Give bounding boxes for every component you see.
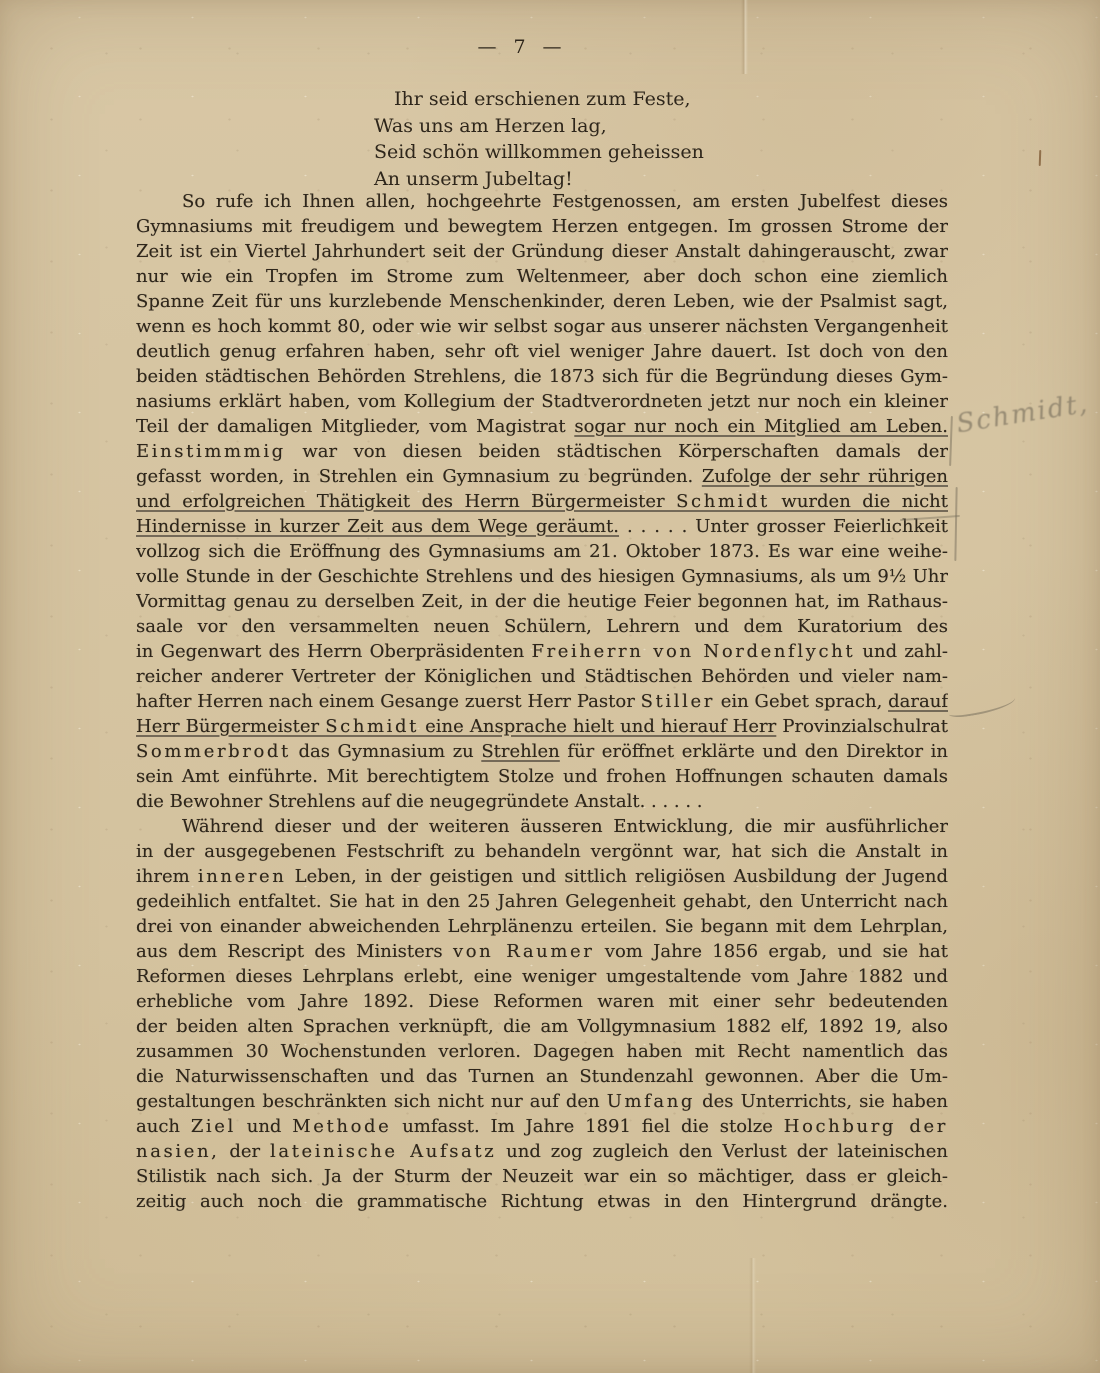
text-segment: Gymnasiums mit freudigem und bewegtem He…: [136, 216, 948, 237]
text-line-p1-16: volle Stunde in der Geschichte Strehlens…: [136, 564, 948, 589]
text-segment: inneren: [198, 866, 287, 887]
text-line-p1-17: Vormittag genau zu derselben Zeit, in de…: [136, 589, 948, 614]
text-segment: und zahl-: [855, 641, 948, 662]
text-segment: Sommerbrodt: [136, 741, 291, 762]
text-segment: von Raumer: [453, 941, 595, 962]
text-segment: Umfang: [607, 1091, 695, 1112]
text-segment: und zog zugleich den Verlust der lateini…: [496, 1141, 948, 1162]
pencil-underline: Schmidt: [676, 491, 770, 512]
text-segment: nur wie ein Tropfen im Strome zum Welten…: [136, 266, 948, 289]
text-segment: der beiden alten Sprachen verknüpft, die…: [136, 1016, 948, 1037]
text-line-p1-9: nasiums erklärt haben, vom Kollegium der…: [136, 389, 948, 414]
text-segment: erhebliche vom Jahre 1892. Diese Reforme…: [136, 991, 948, 1014]
text-line-p2-11: die Naturwissenschaften und das Turnen a…: [136, 1064, 948, 1089]
pencil-underline: eine Ansprache hielt und hierauf Herr: [419, 716, 776, 737]
text-line-p2-7: Reformen dieses Lehrplans erlebt, eine w…: [136, 964, 948, 989]
ink-speck: [1039, 150, 1042, 166]
text-line-p2-8: erhebliche vom Jahre 1892. Diese Reforme…: [136, 989, 948, 1014]
text-segment: das Gymnasium zu: [291, 741, 481, 762]
pencil-underline: darauf: [888, 691, 948, 712]
text-segment: ein Gebet sprach,: [715, 691, 888, 712]
text-line-p1-18: saale vor den versammelten neuen Schüler…: [136, 614, 948, 639]
text-segment: des Unterrichts, sie haben: [695, 1091, 948, 1112]
text-line-p2-12: gestaltungen beschränkten sich nicht nur…: [136, 1089, 948, 1114]
text-line-p2-16: zeitig auch noch die grammatische Richtu…: [136, 1189, 948, 1214]
text-segment: zeitig auch noch die grammatische Richtu…: [136, 1191, 948, 1214]
pencil-underline: und erfolgreichen Thätigkeit des Herrn B…: [136, 491, 676, 512]
text-segment: Teil der damaligen Mitglieder, vom Magis…: [136, 416, 574, 437]
text-segment: der: [220, 1141, 271, 1162]
text-segment: Methode: [292, 1116, 391, 1137]
text-line-p1-21: hafter Herren nach einem Gesange zuerst …: [136, 689, 948, 714]
text-segment: lateinische Aufsatz: [270, 1141, 496, 1162]
text-line-p2-1: Während dieser und der weiteren äusseren…: [136, 814, 948, 839]
text-line-p1-5: Spanne Zeit für uns kurzlebende Menschen…: [136, 289, 948, 314]
text-line-p1-3: Zeit ist ein Viertel Jahrhundert seit de…: [136, 239, 948, 264]
text-segment: Provinzialschulrat: [776, 716, 948, 737]
header-left-dash: —: [477, 36, 497, 58]
text-segment: beiden städtischen Behörden Strehlens, d…: [136, 366, 948, 387]
text-line-p1-12: gefasst worden, in Strehlen ein Gymnasiu…: [136, 464, 948, 489]
pencil-underline: Hindernisse in kurzer Zeit aus dem Wege …: [136, 516, 619, 537]
text-line-p1-6: wenn es hoch kommt 80, oder wie wir selb…: [136, 314, 948, 339]
text-segment: reicher anderer Vertreter der Königliche…: [136, 666, 948, 687]
text-line-p1-8: beiden städtischen Behörden Strehlens, d…: [136, 364, 948, 389]
text-segment: auch: [136, 1116, 191, 1137]
text-segment: gestaltungen beschränkten sich nicht nur…: [136, 1091, 607, 1112]
text-line-p1-20: reicher anderer Vertreter der Königliche…: [136, 664, 948, 689]
text-segment: . . . . . Unter grosser Feierlichkeit: [619, 516, 948, 537]
text-line-p2-9: der beiden alten Sprachen verknüpft, die…: [136, 1014, 948, 1039]
text-segment: vollzog sich die Eröffnung des Gymnasium…: [136, 541, 948, 562]
text-line-p2-6: aus dem Rescript des Ministers von Raume…: [136, 939, 948, 964]
text-line-p1-7: deutlich genug erfahren haben, sehr oft …: [136, 339, 948, 364]
pencil-underline: Zufolge der sehr rührigen: [702, 466, 948, 487]
text-line-p2-4: gedeihlich entfaltet. Sie hat in den 25 …: [136, 889, 948, 914]
text-segment: aus dem Rescript des Ministers: [136, 941, 453, 962]
text-line-p2-3: ihrem inneren Leben, in der geistigen un…: [136, 864, 948, 889]
poem-line-1: Ihr seid erschienen zum Feste,: [374, 86, 704, 113]
text-segment: saale vor den versammelten neuen Schüler…: [136, 616, 948, 639]
paper-crease-top: [741, 0, 748, 74]
text-line-p1-22: Herr Bürgermeister Schmidt eine Ansprach…: [136, 714, 948, 739]
text-line-p2-14: nasien, der lateinische Aufsatz und zog …: [136, 1139, 948, 1164]
text-line-p1-24: sein Amt einführte. Mit berechtigtem Sto…: [136, 764, 948, 789]
text-segment: drei von einander abweichenden Lehrpläne…: [136, 916, 948, 939]
text-line-p1-13: und erfolgreichen Thätigkeit des Herrn B…: [136, 489, 948, 514]
text-segment: hafter Herren nach einem Gesange zuerst …: [136, 691, 641, 712]
text-line-p1-11: Einstimmmig war von diesen beiden städti…: [136, 439, 948, 464]
body-text: So rufe ich Ihnen allen, hochgeehrte Fes…: [136, 189, 948, 1214]
text-segment: ihrem: [136, 866, 198, 887]
text-line-p1-2: Gymnasiums mit freudigem und bewegtem He…: [136, 214, 948, 239]
pencil-underline: Schmidt: [325, 716, 419, 737]
page-number: 7: [513, 36, 526, 58]
text-segment: Ziel: [191, 1116, 236, 1137]
text-line-p1-10: Teil der damaligen Mitglieder, vom Magis…: [136, 414, 948, 439]
pencil-margin-line-2: [954, 487, 957, 561]
text-line-p1-14: Hindernisse in kurzer Zeit aus dem Wege …: [136, 514, 948, 539]
pencil-underline: Strehlen: [481, 741, 559, 762]
text-segment: deutlich genug erfahren haben, sehr oft …: [136, 341, 948, 362]
text-segment: Vormittag genau zu derselben Zeit, in de…: [136, 591, 948, 612]
text-segment: So rufe ich Ihnen allen, hochgeehrte Fes…: [182, 191, 948, 212]
text-segment: wenn es hoch kommt 80, oder wie wir selb…: [136, 316, 948, 337]
text-segment: die Bewohner Strehlens auf die neugegrün…: [136, 791, 703, 812]
text-line-p1-25: die Bewohner Strehlens auf die neugegrün…: [136, 789, 948, 814]
text-segment: volle Stunde in der Geschichte Strehlens…: [136, 566, 948, 587]
pencil-margin-curve: [947, 693, 1017, 719]
text-segment: Freiherrn von Nordenflycht: [531, 641, 855, 662]
text-line-p2-15: Stilistik nach sich. Ja der Sturm der Ne…: [136, 1164, 948, 1189]
text-segment: Stiller: [641, 691, 715, 712]
page-header: —7—: [0, 36, 1040, 58]
text-segment: die Naturwissenschaften und das Turnen a…: [136, 1066, 948, 1087]
text-segment: für eröffnet erklärte und den Direktor i…: [560, 741, 948, 762]
pencil-underline: sogar nur noch ein Mitglied am Leben.: [574, 416, 948, 437]
text-segment: gefasst worden, in Strehlen ein Gymnasiu…: [136, 466, 702, 487]
text-segment: Leben, in der geistigen und sittlich rel…: [287, 866, 948, 887]
text-line-p2-13: auch Ziel und Methode umfasst. Im Jahre …: [136, 1114, 948, 1139]
text-line-p1-23: Sommerbrodt das Gymnasium zu Strehlen fü…: [136, 739, 948, 764]
paper-crease-bottom: [749, 1258, 756, 1373]
text-segment: Reformen dieses Lehrplans erlebt, eine w…: [136, 966, 948, 989]
text-line-p2-2: in der ausgegebenen Festschrift zu behan…: [136, 839, 948, 864]
header-right-dash: —: [543, 36, 563, 58]
text-line-p2-5: drei von einander abweichenden Lehrpläne…: [136, 914, 948, 939]
poem-block: Ihr seid erschienen zum Feste, Was uns a…: [374, 86, 704, 192]
text-line-p1-4: nur wie ein Tropfen im Strome zum Welten…: [136, 264, 948, 289]
text-segment: und: [236, 1116, 292, 1137]
poem-line-2: Was uns am Herzen lag,: [374, 113, 704, 140]
pencil-underline: Herr Bürgermeister: [136, 716, 325, 737]
text-line-p1-15: vollzog sich die Eröffnung des Gymnasium…: [136, 539, 948, 564]
scanned-document-page: —7— Ihr seid erschienen zum Feste, Was u…: [0, 0, 1100, 1373]
text-segment: in Gegenwart des Herrn Oberpräsidenten: [136, 641, 531, 662]
text-segment: nasiums erklärt haben, vom Kollegium der…: [136, 391, 948, 412]
text-line-p2-10: zusammen 30 Wochenstunden verloren. Dage…: [136, 1039, 948, 1064]
pencil-margin-line-1: [949, 416, 953, 466]
text-segment: Während dieser und der weiteren äusseren…: [182, 816, 948, 837]
text-segment: Spanne Zeit für uns kurzlebende Menschen…: [136, 291, 948, 314]
text-segment: Zeit ist ein Viertel Jahrhundert seit de…: [136, 241, 948, 262]
text-segment: umfasst. Im Jahre 1891 fiel die stolze: [391, 1116, 783, 1137]
text-segment: Einstimmmig: [136, 441, 286, 462]
text-segment: Stilistik nach sich. Ja der Sturm der Ne…: [136, 1166, 948, 1187]
text-line-p1-19: in Gegenwart des Herrn Oberpräsidenten F…: [136, 639, 948, 664]
poem-line-3: Seid schön willkommen geheissen: [374, 139, 704, 166]
text-segment: zusammen 30 Wochenstunden verloren. Dage…: [136, 1041, 948, 1064]
text-segment: gedeihlich entfaltet. Sie hat in den 25 …: [136, 891, 948, 912]
text-segment: in der ausgegebenen Festschrift zu behan…: [136, 841, 948, 862]
text-segment: nasien,: [136, 1141, 220, 1162]
text-segment: sein Amt einführte. Mit berechtigtem Sto…: [136, 766, 948, 787]
text-line-p1-1: So rufe ich Ihnen allen, hochgeehrte Fes…: [136, 189, 948, 214]
marginalia-handwriting: Schmidt,: [954, 389, 1091, 440]
